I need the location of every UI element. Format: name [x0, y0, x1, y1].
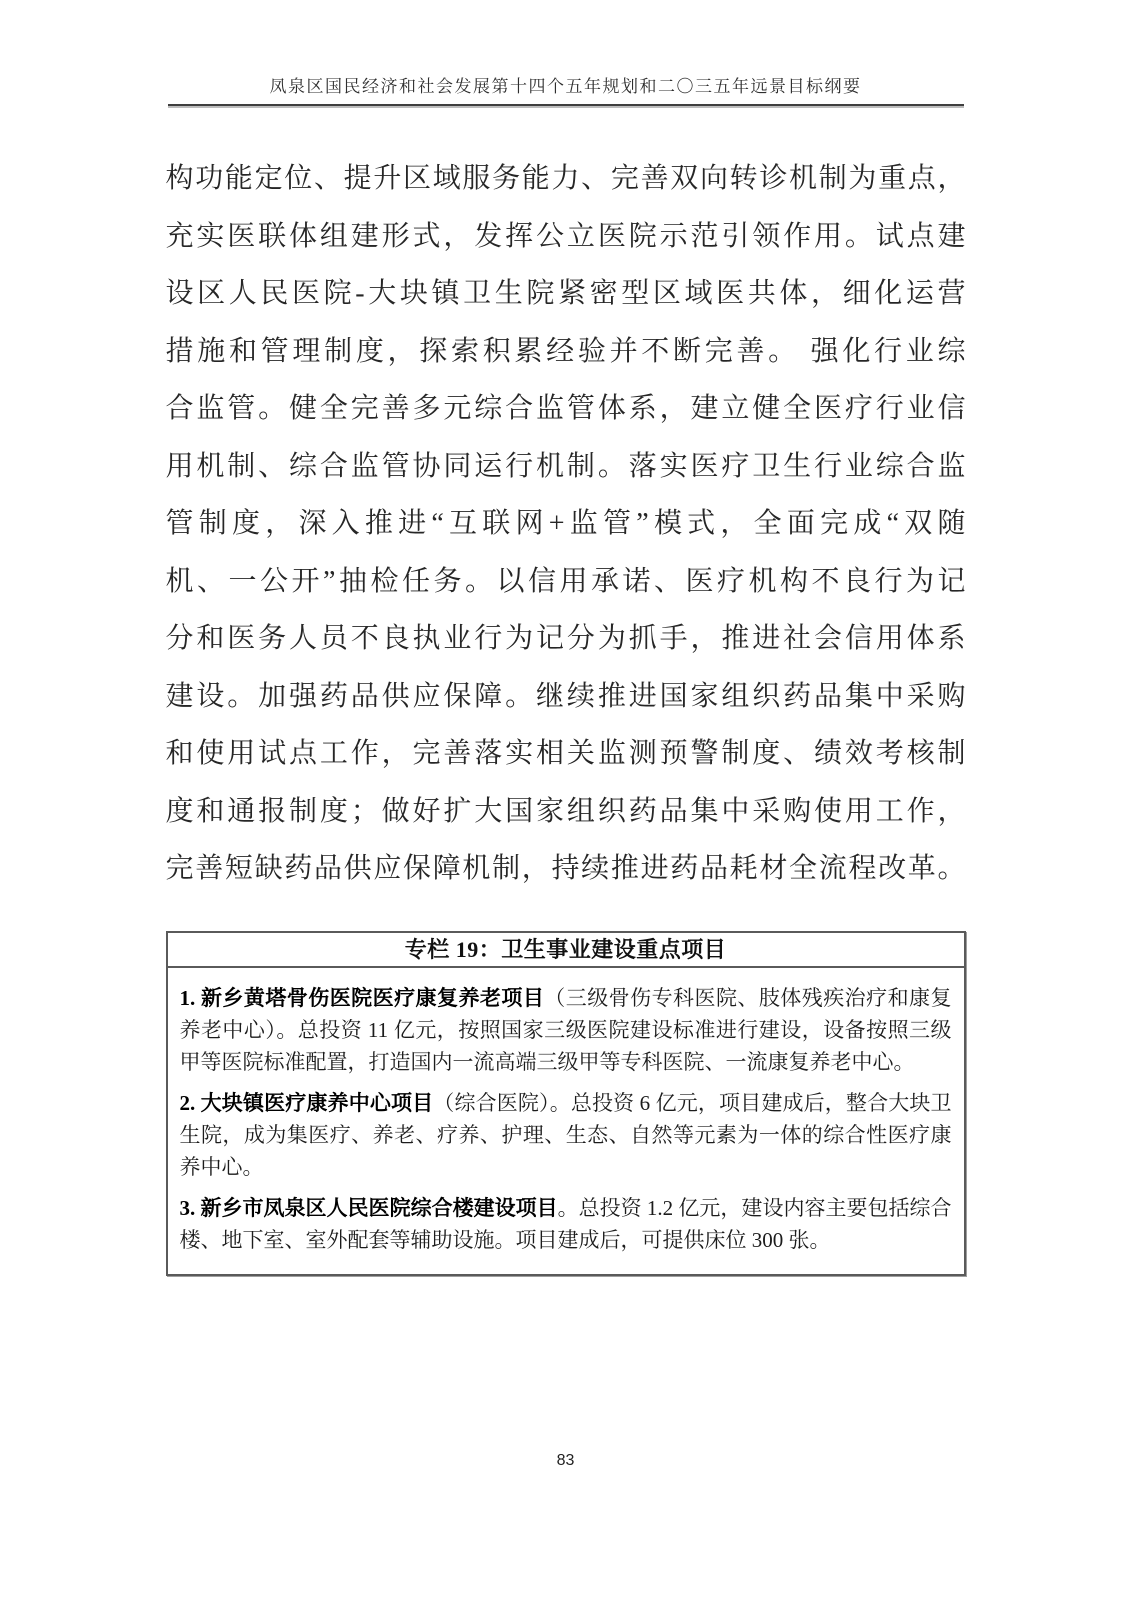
body-line: 完善短缺药品供应保障机制，持续推进药品耗材全流程改革。 [166, 840, 966, 898]
feature-box-item-lead: 2. 大块镇医疗康养中心项目 [180, 1091, 434, 1115]
feature-box-body: 1. 新乡黄塔骨伤医院医疗康复养老项目（三级骨伤专科医院、肢体残疾治疗和康复养老… [168, 968, 964, 1274]
body-line: 设区人民医院-大块镇卫生院紧密型区域医共体，细化运营 [166, 265, 966, 323]
feature-box-item: 2. 大块镇医疗康养中心项目（综合医院）。总投资 6 亿元，项目建成后，整合大块… [180, 1087, 952, 1183]
header-rule: 凤泉区国民经济和社会发展第十四个五年规划和二〇三五年远景目标纲要 [168, 72, 964, 106]
body-line: 和使用试点工作，完善落实相关监测预警制度、绩效考核制 [166, 725, 966, 783]
document-page: 凤泉区国民经济和社会发展第十四个五年规划和二〇三五年远景目标纲要 构功能定位、提… [0, 0, 1131, 1600]
feature-box-item-lead: 1. 新乡黄塔骨伤医院医疗康复养老项目 [180, 986, 545, 1010]
body-line: 度和通报制度；做好扩大国家组织药品集中采购使用工作， [166, 783, 966, 841]
body-line: 机、一公开”抽检任务。以信用承诺、医疗机构不良行为记 [166, 553, 966, 611]
body-line: 分和医务人员不良执业行为记分为抓手，推进社会信用体系 [166, 610, 966, 668]
body-line: 用机制、综合监管协同运行机制。落实医疗卫生行业综合监 [166, 438, 966, 496]
body-paragraph: 构功能定位、提升区域服务能力、完善双向转诊机制为重点， 充实医联体组建形式，发挥… [166, 150, 966, 898]
body-line: 措施和管理制度，探索积累经验并不断完善。 强化行业综 [166, 323, 966, 381]
feature-box-item: 1. 新乡黄塔骨伤医院医疗康复养老项目（三级骨伤专科医院、肢体残疾治疗和康复养老… [180, 982, 952, 1078]
page-content: 构功能定位、提升区域服务能力、完善双向转诊机制为重点， 充实医联体组建形式，发挥… [166, 150, 966, 1276]
feature-box-title: 专栏 19：卫生事业建设重点项目 [168, 933, 964, 968]
body-line: 构功能定位、提升区域服务能力、完善双向转诊机制为重点， [166, 150, 966, 208]
running-header-title: 凤泉区国民经济和社会发展第十四个五年规划和二〇三五年远景目标纲要 [168, 72, 964, 97]
body-line: 合监管。健全完善多元综合监管体系，建立健全医疗行业信 [166, 380, 966, 438]
body-line: 建设。加强药品供应保障。继续推进国家组织药品集中采购 [166, 668, 966, 726]
page-number: 83 [557, 1452, 575, 1470]
body-line: 管制度，深入推进“互联网+监管”模式，全面完成“双随 [166, 495, 966, 553]
page-footer: 83 [0, 1452, 1131, 1470]
feature-box-item: 3. 新乡市凤泉区人民医院综合楼建设项目。总投资 1.2 亿元，建设内容主要包括… [180, 1192, 952, 1256]
body-line: 充实医联体组建形式，发挥公立医院示范引领作用。试点建 [166, 208, 966, 266]
feature-box-item-lead: 3. 新乡市凤泉区人民医院综合楼建设项目 [180, 1196, 558, 1220]
feature-box: 专栏 19：卫生事业建设重点项目 1. 新乡黄塔骨伤医院医疗康复养老项目（三级骨… [166, 931, 966, 1276]
page-header: 凤泉区国民经济和社会发展第十四个五年规划和二〇三五年远景目标纲要 [0, 0, 1131, 106]
